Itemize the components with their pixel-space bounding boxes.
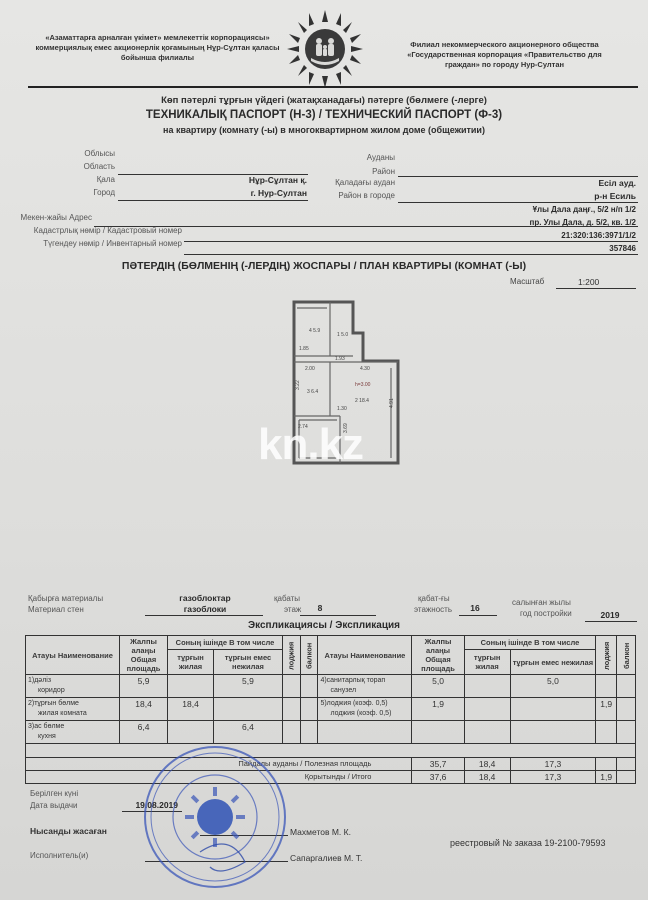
cell-living [464, 698, 510, 721]
room-name-kz: 4)санитарлық торап [320, 676, 409, 686]
svg-text:1 5.0: 1 5.0 [337, 332, 348, 338]
table-row: 3)ас бөлмекухня6,46,4 [26, 721, 636, 744]
cell-nonliving: 5,9 [214, 675, 283, 698]
title-ru-subtitle: на квартиру (комнату (-ы) в многоквартир… [0, 125, 648, 135]
header-nonliving-2: тұрғын емес нежилая [510, 650, 596, 675]
header-name-2: Атауы Наименование [318, 636, 412, 675]
grand-total-living: 18,4 [464, 771, 510, 784]
room-name: 4)санитарлық торапсанузел [318, 675, 412, 698]
floor-line [300, 615, 376, 616]
year-label-ru: год постройки [520, 609, 572, 618]
address-label: Мекен-жайы Адрес [10, 213, 92, 222]
floor-label-kz: қабаты [274, 594, 300, 603]
header-loggia-2: лоджия [596, 636, 617, 675]
room-name-kz: 2)тұрғын бөлме [28, 699, 117, 709]
svg-text:2.00: 2.00 [305, 366, 315, 372]
registry-number: реестровый № заказа 19-2100-79593 [450, 838, 605, 848]
org-name-kz: «Азаматтарға арналған үкімет» мемлекетті… [30, 33, 285, 63]
wall-material-value-kz: газоблоктар [145, 593, 265, 603]
city-value-kz: Нұр-Сұлтан қ. [150, 175, 307, 185]
useful-area-total: 35,7 [412, 758, 464, 771]
oblast-label-ru: Область [40, 162, 115, 171]
cell-total: 1,9 [412, 698, 464, 721]
cell-living [464, 721, 510, 744]
header-nonliving: тұрғын емес нежилая [214, 650, 283, 675]
header-total-2: Жалпы алаңы Общая площадь [412, 636, 464, 675]
city-district-value-kz: Есіл ауд. [450, 178, 636, 188]
room-name-ru: лоджия (коэф. 0,5) [320, 709, 409, 719]
cell-loggia [282, 698, 300, 721]
city-district-label-kz: Қаладағы аудан [300, 178, 395, 187]
useful-area-nonliving: 17,3 [510, 758, 596, 771]
explication-table: Атауы Наименование Жалпы алаңы Общая пло… [25, 635, 636, 784]
svg-text:1.30: 1.30 [337, 406, 347, 412]
cell-total: 18,4 [120, 698, 168, 721]
header-balcony: балкон [300, 636, 318, 675]
city-district-field-line [398, 202, 638, 203]
svg-text:4.30: 4.30 [360, 366, 370, 372]
cell-total: 6,4 [120, 721, 168, 744]
cell-total: 5,0 [412, 675, 464, 698]
inventory-field-line [184, 254, 638, 255]
cadastral-value: 21:320:136:3971/1/2 [400, 231, 636, 240]
raion-field-line [398, 176, 638, 177]
header-balcony-2: балкон [617, 636, 636, 675]
cell-living [168, 675, 214, 698]
plan-title: ПӘТЕРДІҢ (БӨЛМЕНІҢ (-ЛЕРДІҢ) ЖОСПАРЫ / П… [0, 260, 648, 272]
address-value-kz: Ұлы Дала даңғ., 5/2 н/п 1/2 [390, 205, 636, 214]
org-name-ru: Филиал некоммерческого акционерного обще… [392, 40, 617, 70]
scale-label: Масштаб [510, 277, 544, 286]
year-value: 2019 [590, 610, 630, 620]
floor-value: 8 [300, 603, 340, 613]
cell-loggia [282, 675, 300, 698]
svg-text:1.93: 1.93 [335, 356, 345, 362]
wall-material-line [145, 615, 263, 616]
year-label-kz: салынған жылы [512, 598, 571, 607]
useful-area-row: Пайдалы ауданы / Полезная площадь 35,7 1… [26, 758, 636, 771]
useful-area-loggia [596, 758, 617, 771]
title-kz-subtitle: Көп пәтерлі тұрғын үйдегі (жатақханадағы… [0, 95, 648, 106]
cell-balcony [617, 698, 636, 721]
header-living: тұрғын жилая [168, 650, 214, 675]
svg-text:4.91: 4.91 [389, 398, 395, 408]
document-title: ТЕХНИКАЛЫҚ ПАСПОРТ (Н-3) / ТЕХНИЧЕСКИЙ П… [0, 109, 648, 121]
room-name: 1)дәлізкоридор [26, 675, 120, 698]
cell-balcony [300, 721, 318, 744]
floors-value: 16 [460, 603, 490, 613]
city-value-ru: г. Нур-Султан [150, 188, 307, 198]
room-name: 2)тұрғын бөлмежилая комната [26, 698, 120, 721]
room-name-kz: 1)дәліз [28, 676, 117, 686]
cell-loggia: 1,9 [596, 698, 617, 721]
room-name-kz: 3)ас бөлме [28, 722, 117, 732]
header-divider [28, 86, 638, 88]
inventory-label: Түгендеу нөмір / Инвентарный номер [10, 239, 182, 248]
floors-label-kz: қабат-ғы [418, 594, 450, 603]
table-row-empty [26, 744, 636, 758]
svg-text:3 6.4: 3 6.4 [307, 389, 318, 395]
cell-loggia [596, 675, 617, 698]
raion-label-ru: Район [320, 167, 395, 176]
signer2-name: Сапаргалиев М. Т. [290, 853, 362, 863]
scale-field-line [556, 288, 636, 289]
registry-value: 19-2100-79593 [544, 838, 605, 848]
cell-balcony [300, 675, 318, 698]
city-field-line [118, 200, 308, 201]
room-name-kz: 5)лоджия (коэф. 0,5) [320, 699, 409, 709]
header-loggia: лоджия [282, 636, 300, 675]
table-row: 1)дәлізкоридор5,95,94)санитарлық торапса… [26, 675, 636, 698]
issue-date-label-ru: Дата выдачи [30, 801, 78, 810]
header-living-2: тұрғын жилая [464, 650, 510, 675]
grand-total-loggia: 1,9 [596, 771, 617, 784]
room-name: 3)ас бөлмекухня [26, 721, 120, 744]
cell-living [168, 721, 214, 744]
sun-family-logo-icon [285, 8, 365, 90]
cell-total: 5,9 [120, 675, 168, 698]
issue-date-label-kz: Берілген күні [30, 789, 78, 798]
useful-area-living: 18,4 [464, 758, 510, 771]
cadastral-label: Кадастрлық нөмір / Кадастровый номер [10, 226, 182, 235]
header-including: Соның ішінде В том числе [168, 636, 283, 650]
header-name: Атауы Наименование [26, 636, 120, 675]
wall-material-value-ru: газоблоки [145, 604, 265, 614]
wall-material-label-kz: Қабырға материалы [28, 594, 103, 603]
table-row: 2)тұрғын бөлмежилая комната18,418,45)лод… [26, 698, 636, 721]
city-district-label-ru: Район в городе [300, 191, 395, 200]
grand-total-total: 37,6 [412, 771, 464, 784]
room-name-ru: кухня [28, 732, 117, 742]
svg-text:h=3.00: h=3.00 [355, 382, 371, 388]
floor-label-ru: этаж [284, 605, 301, 614]
header-including-2: Соның ішінде В том числе [464, 636, 596, 650]
cell-balcony [617, 675, 636, 698]
oblast-label-kz: Облысы [40, 149, 115, 158]
cell-nonliving [510, 698, 596, 721]
grand-total-balcony [617, 771, 636, 784]
inventory-value: 357846 [400, 244, 636, 253]
explication-title: Экспликациясы / Экспликация [0, 620, 648, 631]
svg-text:4 5.9: 4 5.9 [309, 328, 320, 334]
useful-area-balcony [617, 758, 636, 771]
city-label-kz: Қала [40, 175, 115, 184]
kn-kz-watermark: kn.kz [258, 420, 363, 470]
city-district-value-ru: р-н Есиль [450, 191, 636, 201]
cell-nonliving [214, 698, 283, 721]
registry-label: реестровый № заказа [450, 838, 542, 848]
cell-balcony [617, 721, 636, 744]
executor-label-kz: Нысанды жасаған [30, 826, 107, 836]
city-label-ru: Город [40, 188, 115, 197]
cell-balcony [300, 698, 318, 721]
scale-value: 1:200 [578, 277, 599, 287]
empty-cell [26, 744, 636, 758]
room-name-ru: санузел [320, 686, 409, 696]
floors-line [459, 615, 497, 616]
table-header-row: Атауы Наименование Жалпы алаңы Общая пло… [26, 636, 636, 650]
room-name-ru: коридор [28, 686, 117, 696]
cell-loggia [282, 721, 300, 744]
cell-nonliving [510, 721, 596, 744]
room-name [318, 721, 412, 744]
floors-label-ru: этажность [414, 605, 452, 614]
cell-nonliving: 6,4 [214, 721, 283, 744]
wall-material-label-ru: Материал стен [28, 605, 84, 614]
executor-label-ru: Исполнитель(и) [30, 851, 88, 860]
svg-text:2 18.4: 2 18.4 [355, 398, 369, 404]
cell-living: 18,4 [168, 698, 214, 721]
room-name: 5)лоджия (коэф. 0,5)лоджия (коэф. 0,5) [318, 698, 412, 721]
round-blue-stamp-icon [140, 742, 290, 892]
raion-label-kz: Ауданы [320, 153, 395, 162]
cadastral-field-line [184, 241, 638, 242]
technical-passport-page: «Азаматтарға арналған үкімет» мемлекетті… [0, 0, 648, 900]
grand-total-row: Қорытынды / Итого 37,6 18,4 17,3 1,9 [26, 771, 636, 784]
cell-loggia [596, 721, 617, 744]
cell-nonliving: 5,0 [510, 675, 596, 698]
grand-total-nonliving: 17,3 [510, 771, 596, 784]
room-name-ru: жилая комната [28, 709, 117, 719]
signer1-name: Махметов М. К. [290, 827, 351, 837]
svg-text:3.22: 3.22 [295, 380, 301, 390]
cell-living [464, 675, 510, 698]
header-total: Жалпы алаңы Общая площадь [120, 636, 168, 675]
cell-total [412, 721, 464, 744]
plan-dim-1: 1.85 [299, 346, 309, 352]
